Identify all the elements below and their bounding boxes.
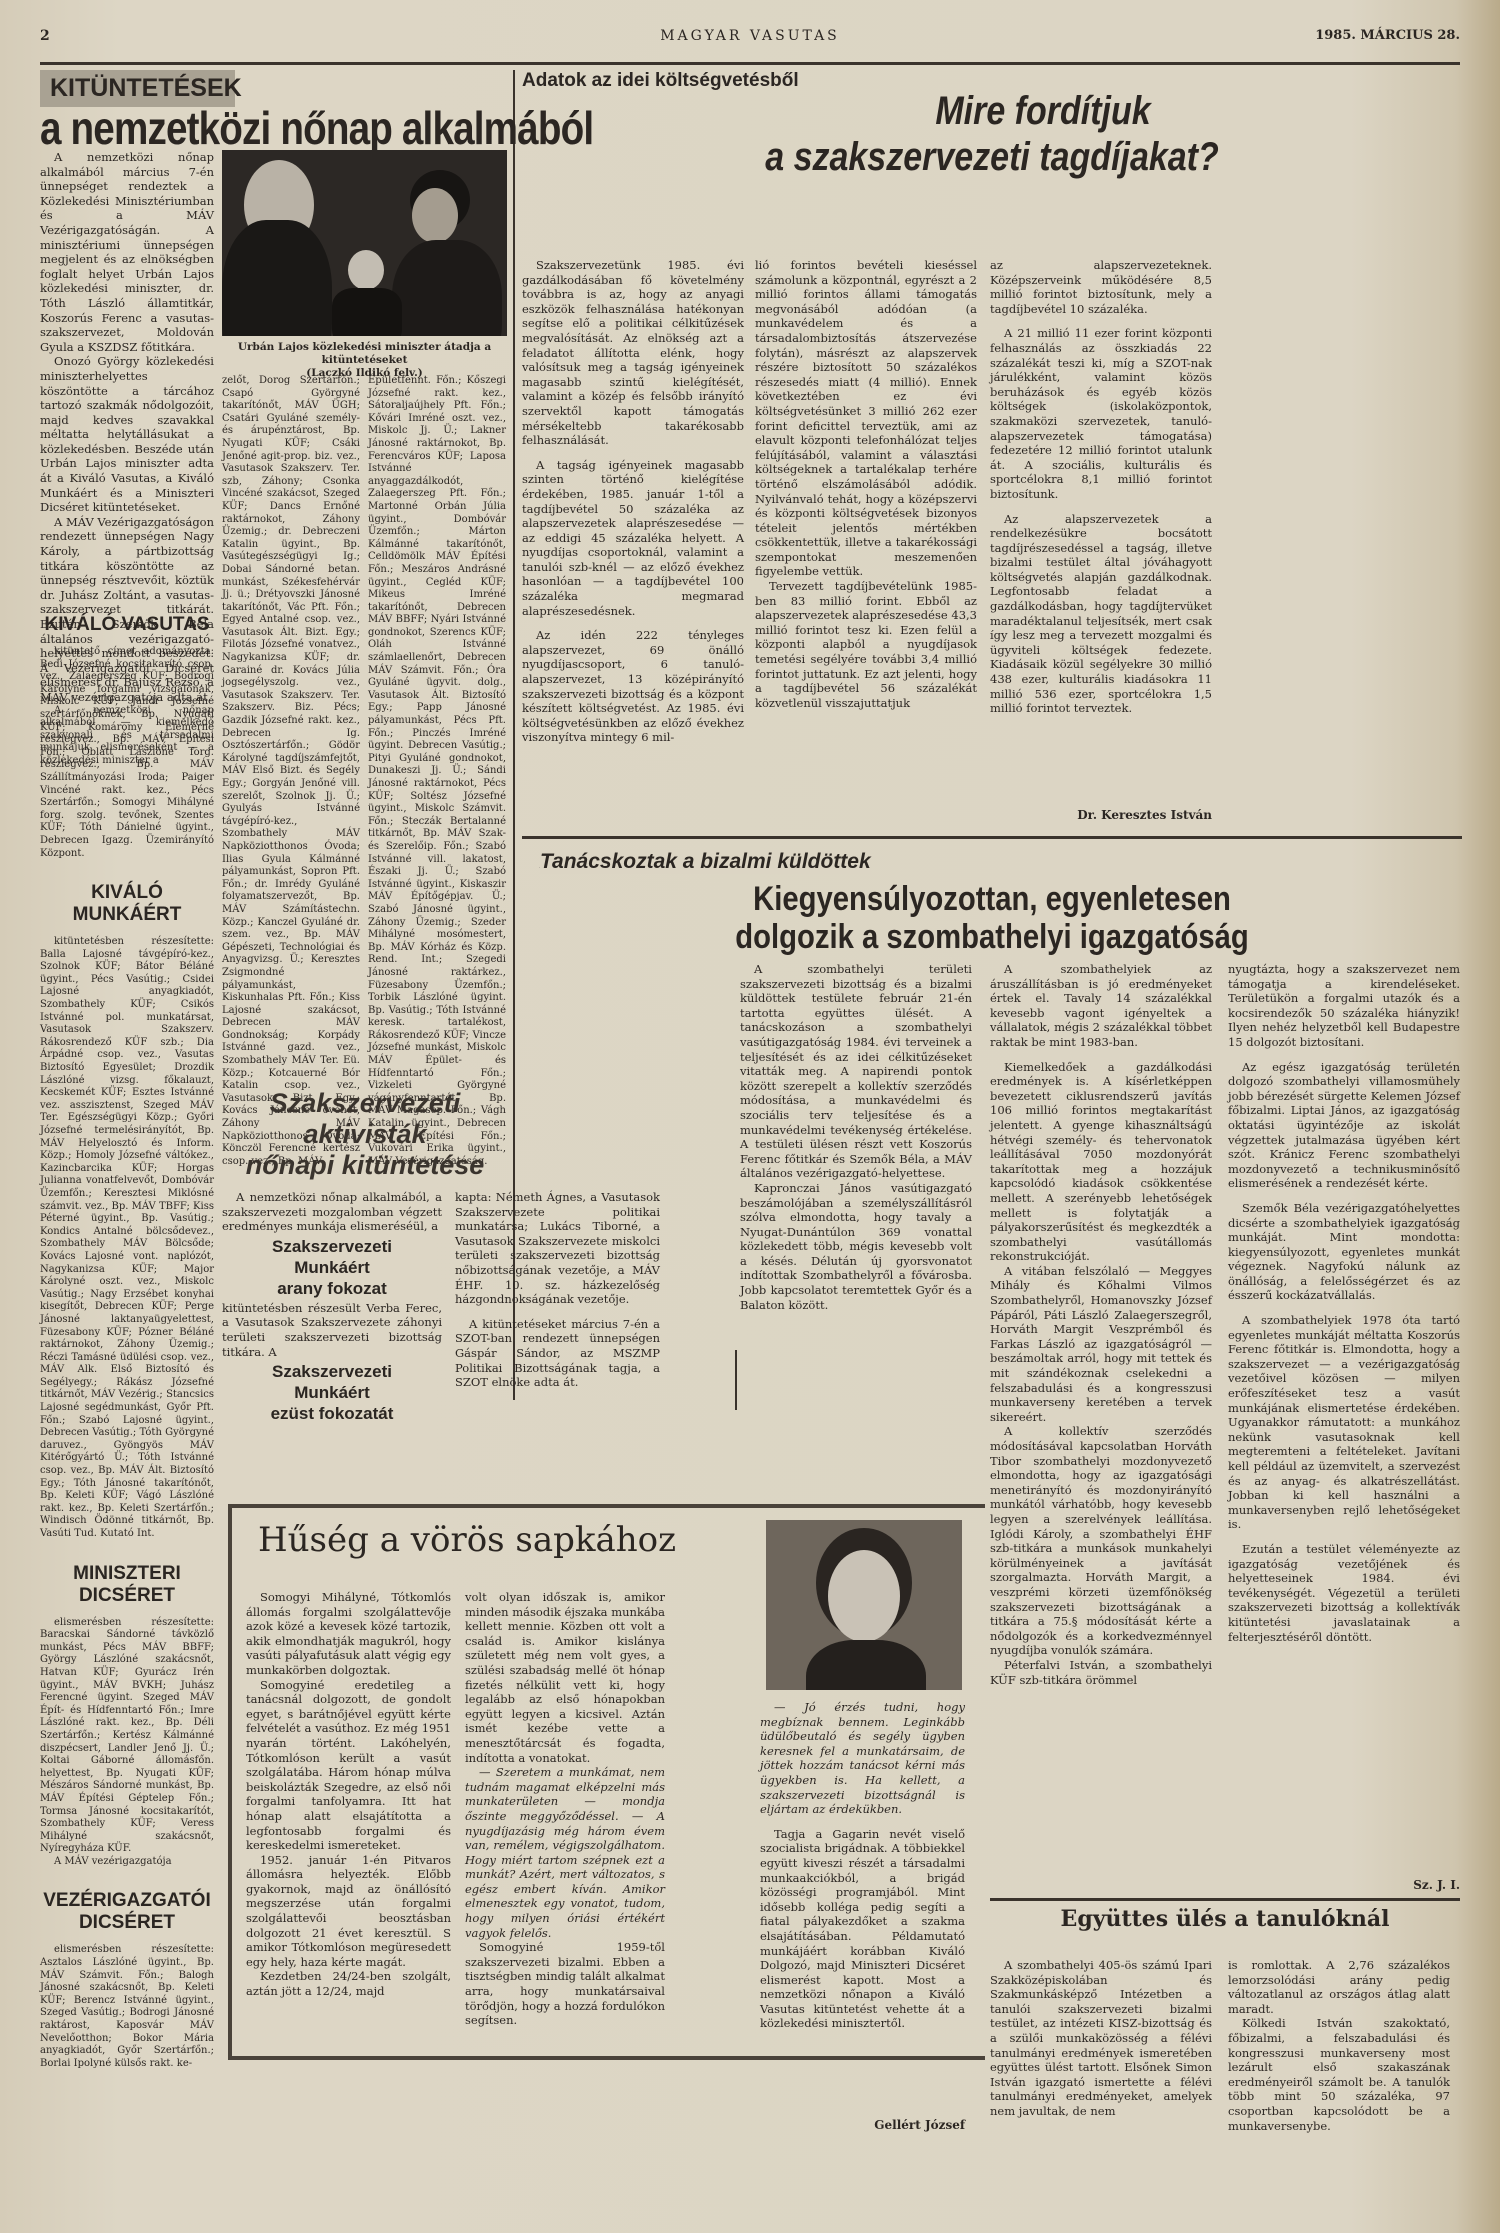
students-top-rule	[990, 1898, 1460, 1901]
paragraph: A nemzetközi nőnap alkalmából, a szaksze…	[222, 1190, 442, 1234]
budget-signature: Dr. Keresztes István	[990, 808, 1212, 822]
list-text: elismerésben részesítette: Baracskai Sán…	[40, 1617, 214, 1856]
students-headline: Együttes ülés a tanulóknál	[990, 1905, 1460, 1933]
loyalty-signature: Gellért József	[760, 2118, 965, 2132]
students-col2: is romlottak. A 2,76 százalékos lemorzso…	[1228, 1958, 1450, 2133]
budget-col3: az alapszervezeteknek. Középszerveink mű…	[990, 258, 1212, 716]
award-line: Munkáért	[222, 1382, 442, 1403]
paragraph: nyugtázta, hogy a szakszervezet nem támo…	[1228, 962, 1460, 1050]
activists-headline: Szakszervezeti aktivisták nőnapi kitünte…	[220, 1088, 510, 1181]
szombathely-headline: Kiegyensúlyozottan, egyenletesen dolgozi…	[588, 880, 1396, 956]
paragraph: Az alapszervezetek a rendelkezésükre boc…	[990, 512, 1212, 716]
paragraph: Kapronczai János vasútigazgató beszámoló…	[740, 1181, 972, 1312]
paragraph: Onozó György közlekedési miniszterhelyet…	[40, 354, 214, 515]
caption-text: Urbán Lajos közlekedési miniszter átadja…	[222, 341, 507, 367]
seated-man-face	[348, 250, 384, 290]
award-line: ezüst fokozatát	[222, 1403, 442, 1424]
woman-body	[392, 240, 502, 336]
headline-line: Kiegyensúlyozottan, egyenletesen	[588, 880, 1396, 918]
list-text: zelőt, Dorog Szertárfőn.; Csapó Györgyné…	[222, 375, 360, 1168]
paragraph: A szombathelyiek 1978 óta tartó egyenlet…	[1228, 1313, 1460, 1532]
budget-headline: Mire fordítjuk a szakszervezeti tagdíjak…	[593, 88, 1392, 180]
szombathely-col1: A szombathelyi területi szakszervezeti b…	[740, 962, 972, 1312]
szombathely-col3: nyugtázta, hogy a szakszervezet nem támo…	[1228, 962, 1460, 1644]
budget-col2: lió forintos bevételi kieséssel számolun…	[755, 258, 977, 710]
paragraph: A szombathelyiek az áruszállításban is j…	[990, 962, 1212, 1050]
portrait-shoulders	[806, 1640, 926, 1690]
szombathely-col2: A szombathelyiek az áruszállításban is j…	[990, 962, 1212, 1687]
section-title-miniszteri-dicseret: MINISZTERI DICSÉRET	[40, 1563, 214, 1607]
loyalty-col3: — Jó érzés tudni, hogy megbíznak bennem.…	[760, 1700, 965, 2031]
vezerigazgatoi-dicseret-list: elismerésben részesítette: Asztalos Lász…	[40, 1944, 214, 2070]
budget-bottom-rule	[522, 836, 1462, 839]
paragraph: Az egész igazgatóság területén dolgozó s…	[1228, 1060, 1460, 1191]
list-text: elismerésben részesítette: Asztalos Lász…	[40, 1944, 214, 2070]
headline-line: nőnapi kitüntetése	[220, 1150, 510, 1181]
paragraph: Tervezett tagdíjbevételünk 1985-ben 83 m…	[755, 579, 977, 710]
paragraph: 1952. január 1-én Pitvaros állomásra hel…	[246, 1853, 451, 1970]
section-title-vezerigazgatoi-dicseret: VEZÉRIGAZGATÓI DICSÉRET	[40, 1890, 214, 1934]
section-title-kivalo-munkaert: KIVÁLÓ MUNKÁÉRT	[40, 882, 214, 926]
paragraph: A szombathelyi területi szakszervezeti b…	[740, 962, 972, 1181]
quote-paragraph: — Szeretem a munkámat, nem tudnám magama…	[465, 1765, 665, 1940]
paragraph: A kitüntetéseket március 7-én a SZOT-ban…	[455, 1317, 660, 1390]
paragraph: kapta: Németh Ágnes, a Vasutasok Szaksze…	[455, 1190, 660, 1307]
headline-line: Mire fordítjuk	[593, 88, 1392, 134]
activists-left: A nemzetközi nőnap alkalmából, a szaksze…	[222, 1190, 442, 1426]
szombathely-signature: Sz. J. I.	[1228, 1878, 1460, 1892]
paragraph: A 21 millió 11 ezer forint központi felh…	[990, 326, 1212, 501]
seated-man-body	[332, 288, 402, 336]
paragraph: kitüntetésben részesült Verba Ferec, a V…	[222, 1301, 442, 1359]
paragraph: A szombathelyi 405-ös számú Ipari Szakkö…	[990, 1958, 1212, 2119]
list-text: Épületfennt. Főn.; Kőszegi Józsefné rakt…	[368, 375, 506, 1168]
award-lists: KIVÁLÓ VASUTAS kitüntető címet adományoz…	[40, 600, 214, 2070]
list-text: kitüntetésben részesítette: Balla Lajosn…	[40, 936, 214, 1541]
award-line: Munkáért	[222, 1257, 442, 1278]
paragraph: Az idén 222 tényleges alapszervezet, 69 …	[522, 628, 744, 745]
paragraph: Szemők Béla vezérigazgatóhelyettes dicsé…	[1228, 1201, 1460, 1303]
paragraph: Tagja a Gagarin nevét viselő szocialista…	[760, 1827, 965, 2031]
paragraph: Somogyi Mihályné, Tótkomlós állomás forg…	[246, 1590, 451, 1678]
paragraph: A tagság igényeinek magasabb szinten tör…	[522, 458, 744, 619]
students-col1: A szombathelyi 405-ös számú Ipari Szakkö…	[990, 1958, 1212, 2119]
list-closing: A MÁV vezérigazgatója	[40, 1856, 214, 1869]
award-line: Szakszervezeti	[222, 1361, 442, 1382]
paragraph: Somogyiné eredetileg a tanácsnál dolgozo…	[246, 1678, 451, 1853]
paragraph: A vitában felszólaló — Meggyes Mihály és…	[990, 1264, 1212, 1425]
paragraph: Szakszervezetünk 1985. évi gazdálkodásáb…	[522, 258, 744, 448]
award-gold: Szakszervezeti Munkáért arany fokozat	[222, 1236, 442, 1299]
award-line: Szakszervezeti	[222, 1236, 442, 1257]
paragraph: Kölkedi István szakoktató, főbizalmi, a …	[1228, 2016, 1450, 2133]
loyalty-headline: Hűség a vörös sapkához	[258, 1520, 676, 1560]
kivalo-vasutas-list: kitüntető címet adományozta: Bedi József…	[40, 646, 214, 860]
activists-right: kapta: Németh Ágnes, a Vasutasok Szaksze…	[455, 1190, 660, 1390]
paragraph: az alapszervezeteknek. Középszerveink mű…	[990, 258, 1212, 316]
award-ceremony-photo	[222, 150, 507, 336]
paragraph: Somogyiné 1959-től szakszervezeti bizalm…	[465, 1940, 665, 2028]
awards-headline: a nemzetközi nőnap alkalmából	[40, 98, 593, 158]
portrait-photo	[766, 1520, 962, 1690]
continued-list-col1: zelőt, Dorog Szertárfőn.; Csapó Györgyné…	[222, 375, 360, 1168]
quote-paragraph: — Jó érzés tudni, hogy megbíznak bennem.…	[760, 1700, 965, 1816]
miniszteri-dicseret-list: elismerésben részesítette: Baracskai Sán…	[40, 1617, 214, 1869]
woman-face	[412, 188, 458, 243]
paragraph: volt olyan időszak is, amikor minden más…	[465, 1590, 665, 1765]
portrait-face	[828, 1550, 900, 1642]
headline-line: Szakszervezeti aktivisták	[220, 1088, 510, 1150]
newspaper-page: 2 MAGYAR VASUTAS 1985. MÁRCIUS 28. KITÜN…	[0, 0, 1500, 2233]
szombathely-divider	[735, 1350, 737, 1410]
paragraph: A kollektív szerződés módosításával kapc…	[990, 1424, 1212, 1658]
paragraph: A nemzetközi nőnap alkalmából március 7-…	[40, 150, 214, 354]
paragraph: Kiemelkedőek a gazdálkodási eredmények i…	[990, 1060, 1212, 1264]
paragraph: is romlottak. A 2,76 százalékos lemorzso…	[1228, 1958, 1450, 2016]
award-silver: Szakszervezeti Munkáért ezüst fokozatát	[222, 1361, 442, 1424]
paragraph: lió forintos bevételi kieséssel számolun…	[755, 258, 977, 579]
section-title-kivalo-vasutas: KIVÁLÓ VASUTAS	[40, 614, 214, 636]
loyalty-col1: Somogyi Mihályné, Tótkomlós állomás forg…	[246, 1590, 451, 1999]
paragraph: Ezután a testület véleményezte az igazga…	[1228, 1542, 1460, 1644]
loyalty-col2: volt olyan időszak is, amikor minden más…	[465, 1590, 665, 2028]
budget-col1: Szakszervezetünk 1985. évi gazdálkodásáb…	[522, 258, 744, 745]
continued-list-col2: Épületfennt. Főn.; Kőszegi Józsefné rakt…	[368, 375, 506, 1168]
kivalo-munkaert-list: kitüntetésben részesítette: Balla Lajosn…	[40, 936, 214, 1541]
masthead-rule	[40, 62, 1460, 65]
page-number: 2	[40, 28, 50, 44]
paragraph: Péterfalvi István, a szombathelyi KÜF sz…	[990, 1658, 1212, 1687]
award-line: arany fokozat	[222, 1278, 442, 1299]
szombathely-kicker: Tanácskoztak a bizalmi küldöttek	[540, 850, 871, 874]
issue-date: 1985. MÁRCIUS 28.	[1270, 28, 1460, 43]
headline-line: a szakszervezeti tagdíjakat?	[593, 134, 1392, 180]
man-silhouette-body	[222, 220, 332, 336]
headline-line: dolgozik a szombathelyi igazgatóság	[588, 918, 1396, 956]
paragraph: Kezdetben 24/24-ben szolgált, aztán jött…	[246, 1969, 451, 1998]
list-text: kitüntető címet adományozta: Bedi József…	[40, 646, 214, 860]
publication-title: MAGYAR VASUTAS	[600, 28, 900, 44]
